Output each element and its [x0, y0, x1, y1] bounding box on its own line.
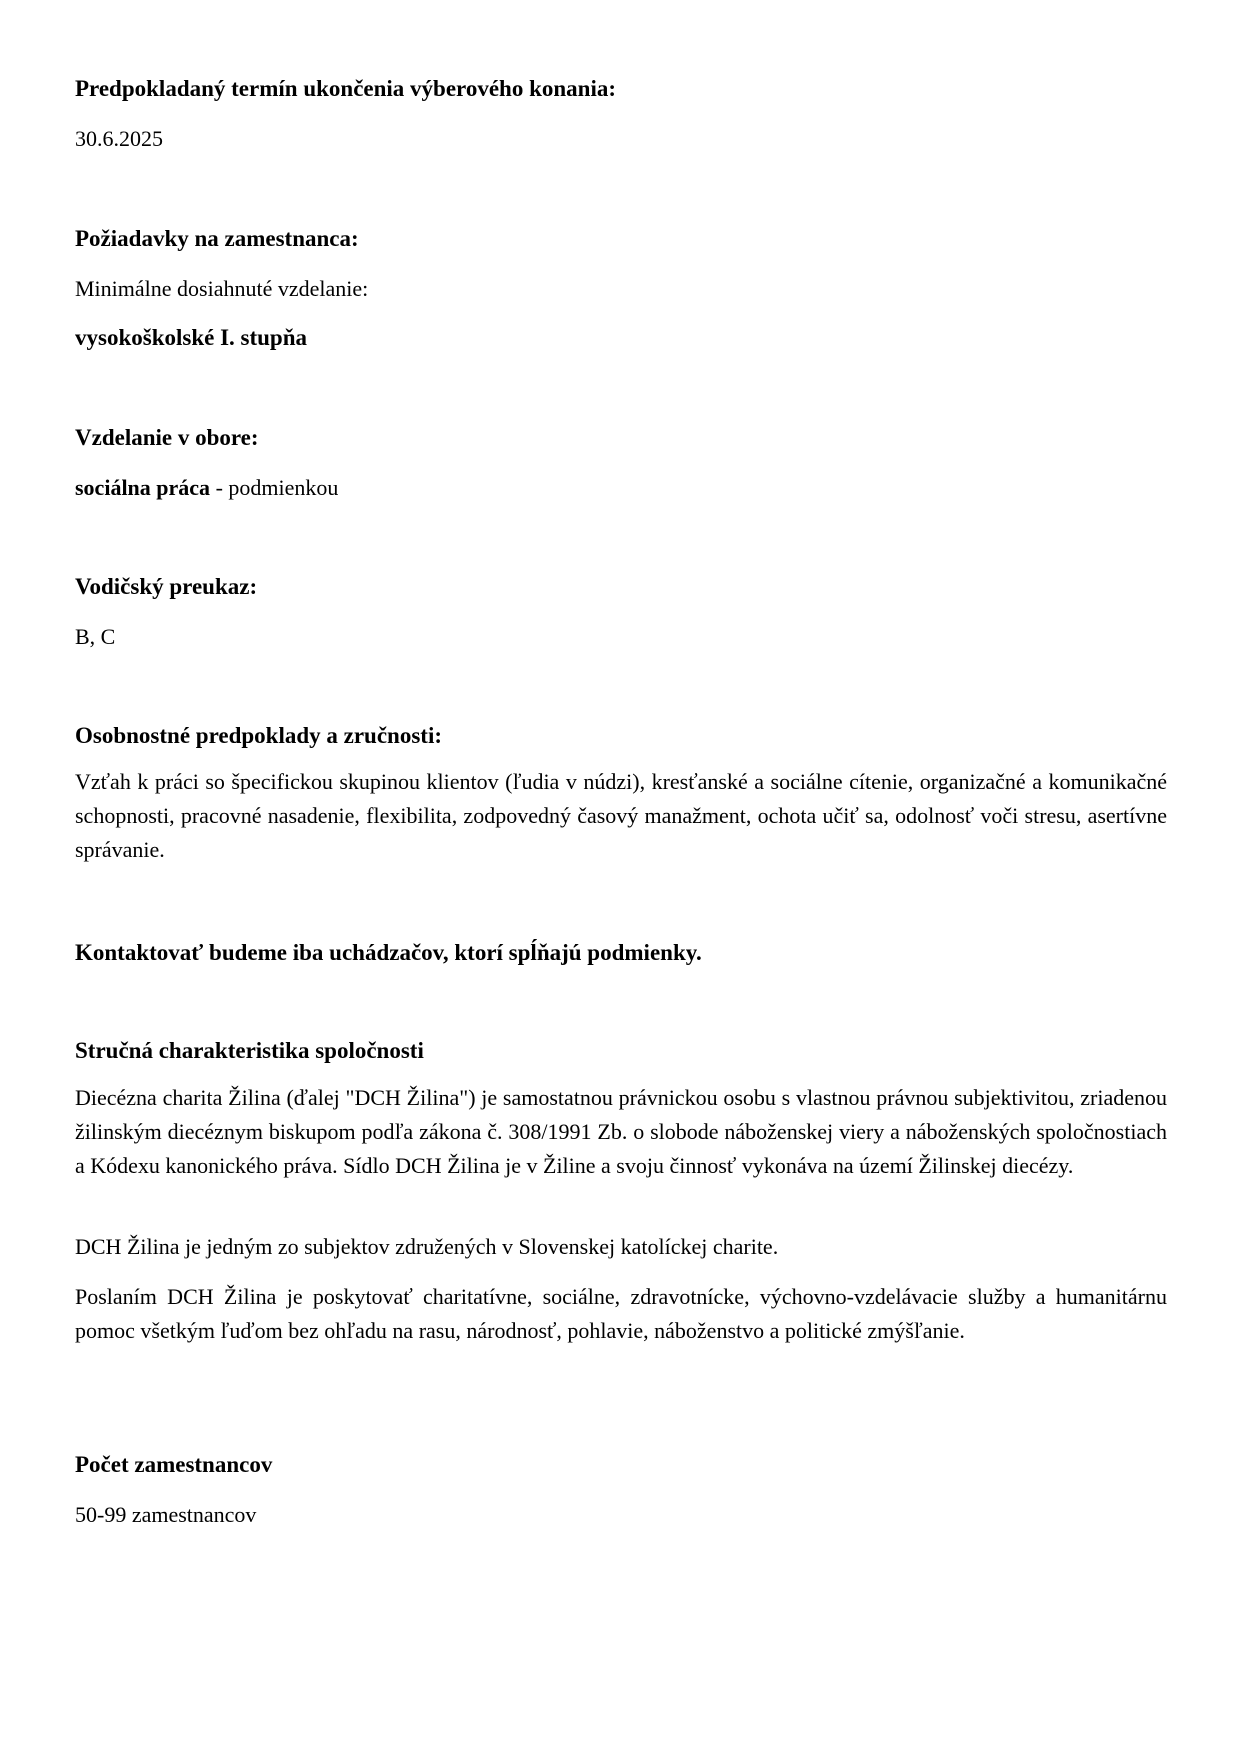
employees-value: 50-99 zamestnancov	[75, 1502, 256, 1528]
education-label: Minimálne dosiahnuté vzdelanie:	[75, 276, 368, 302]
company-paragraph: DCH Žilina je jedným zo subjektov združe…	[75, 1230, 1167, 1264]
license-value: B, C	[75, 624, 115, 650]
contact-note: Kontaktovať budeme iba uchádzačov, ktorí…	[75, 940, 702, 966]
field-heading: Vzdelanie v obore:	[75, 425, 259, 451]
field-value-bold: sociálna práca	[75, 475, 210, 500]
field-value: sociálna práca - podmienkou	[75, 475, 338, 501]
company-paragraph: Diecézna charita Žilina (ďalej "DCH Žili…	[75, 1081, 1167, 1183]
employees-heading: Počet zamestnancov	[75, 1452, 272, 1478]
deadline-heading: Predpokladaný termín ukončenia výberovéh…	[75, 76, 616, 102]
requirements-heading: Požiadavky na zamestnanca:	[75, 226, 359, 252]
skills-heading: Osobnostné predpoklady a zručnosti:	[75, 723, 442, 749]
company-heading: Stručná charakteristika spoločnosti	[75, 1038, 424, 1064]
education-value: vysokoškolské I. stupňa	[75, 325, 307, 351]
company-paragraph: Poslaním DCH Žilina je poskytovať charit…	[75, 1280, 1167, 1348]
deadline-value: 30.6.2025	[75, 126, 163, 152]
license-heading: Vodičský preukaz:	[75, 574, 257, 600]
skills-text: Vzťah k práci so špecifickou skupinou kl…	[75, 765, 1167, 867]
field-value-rest: - podmienkou	[210, 475, 338, 500]
